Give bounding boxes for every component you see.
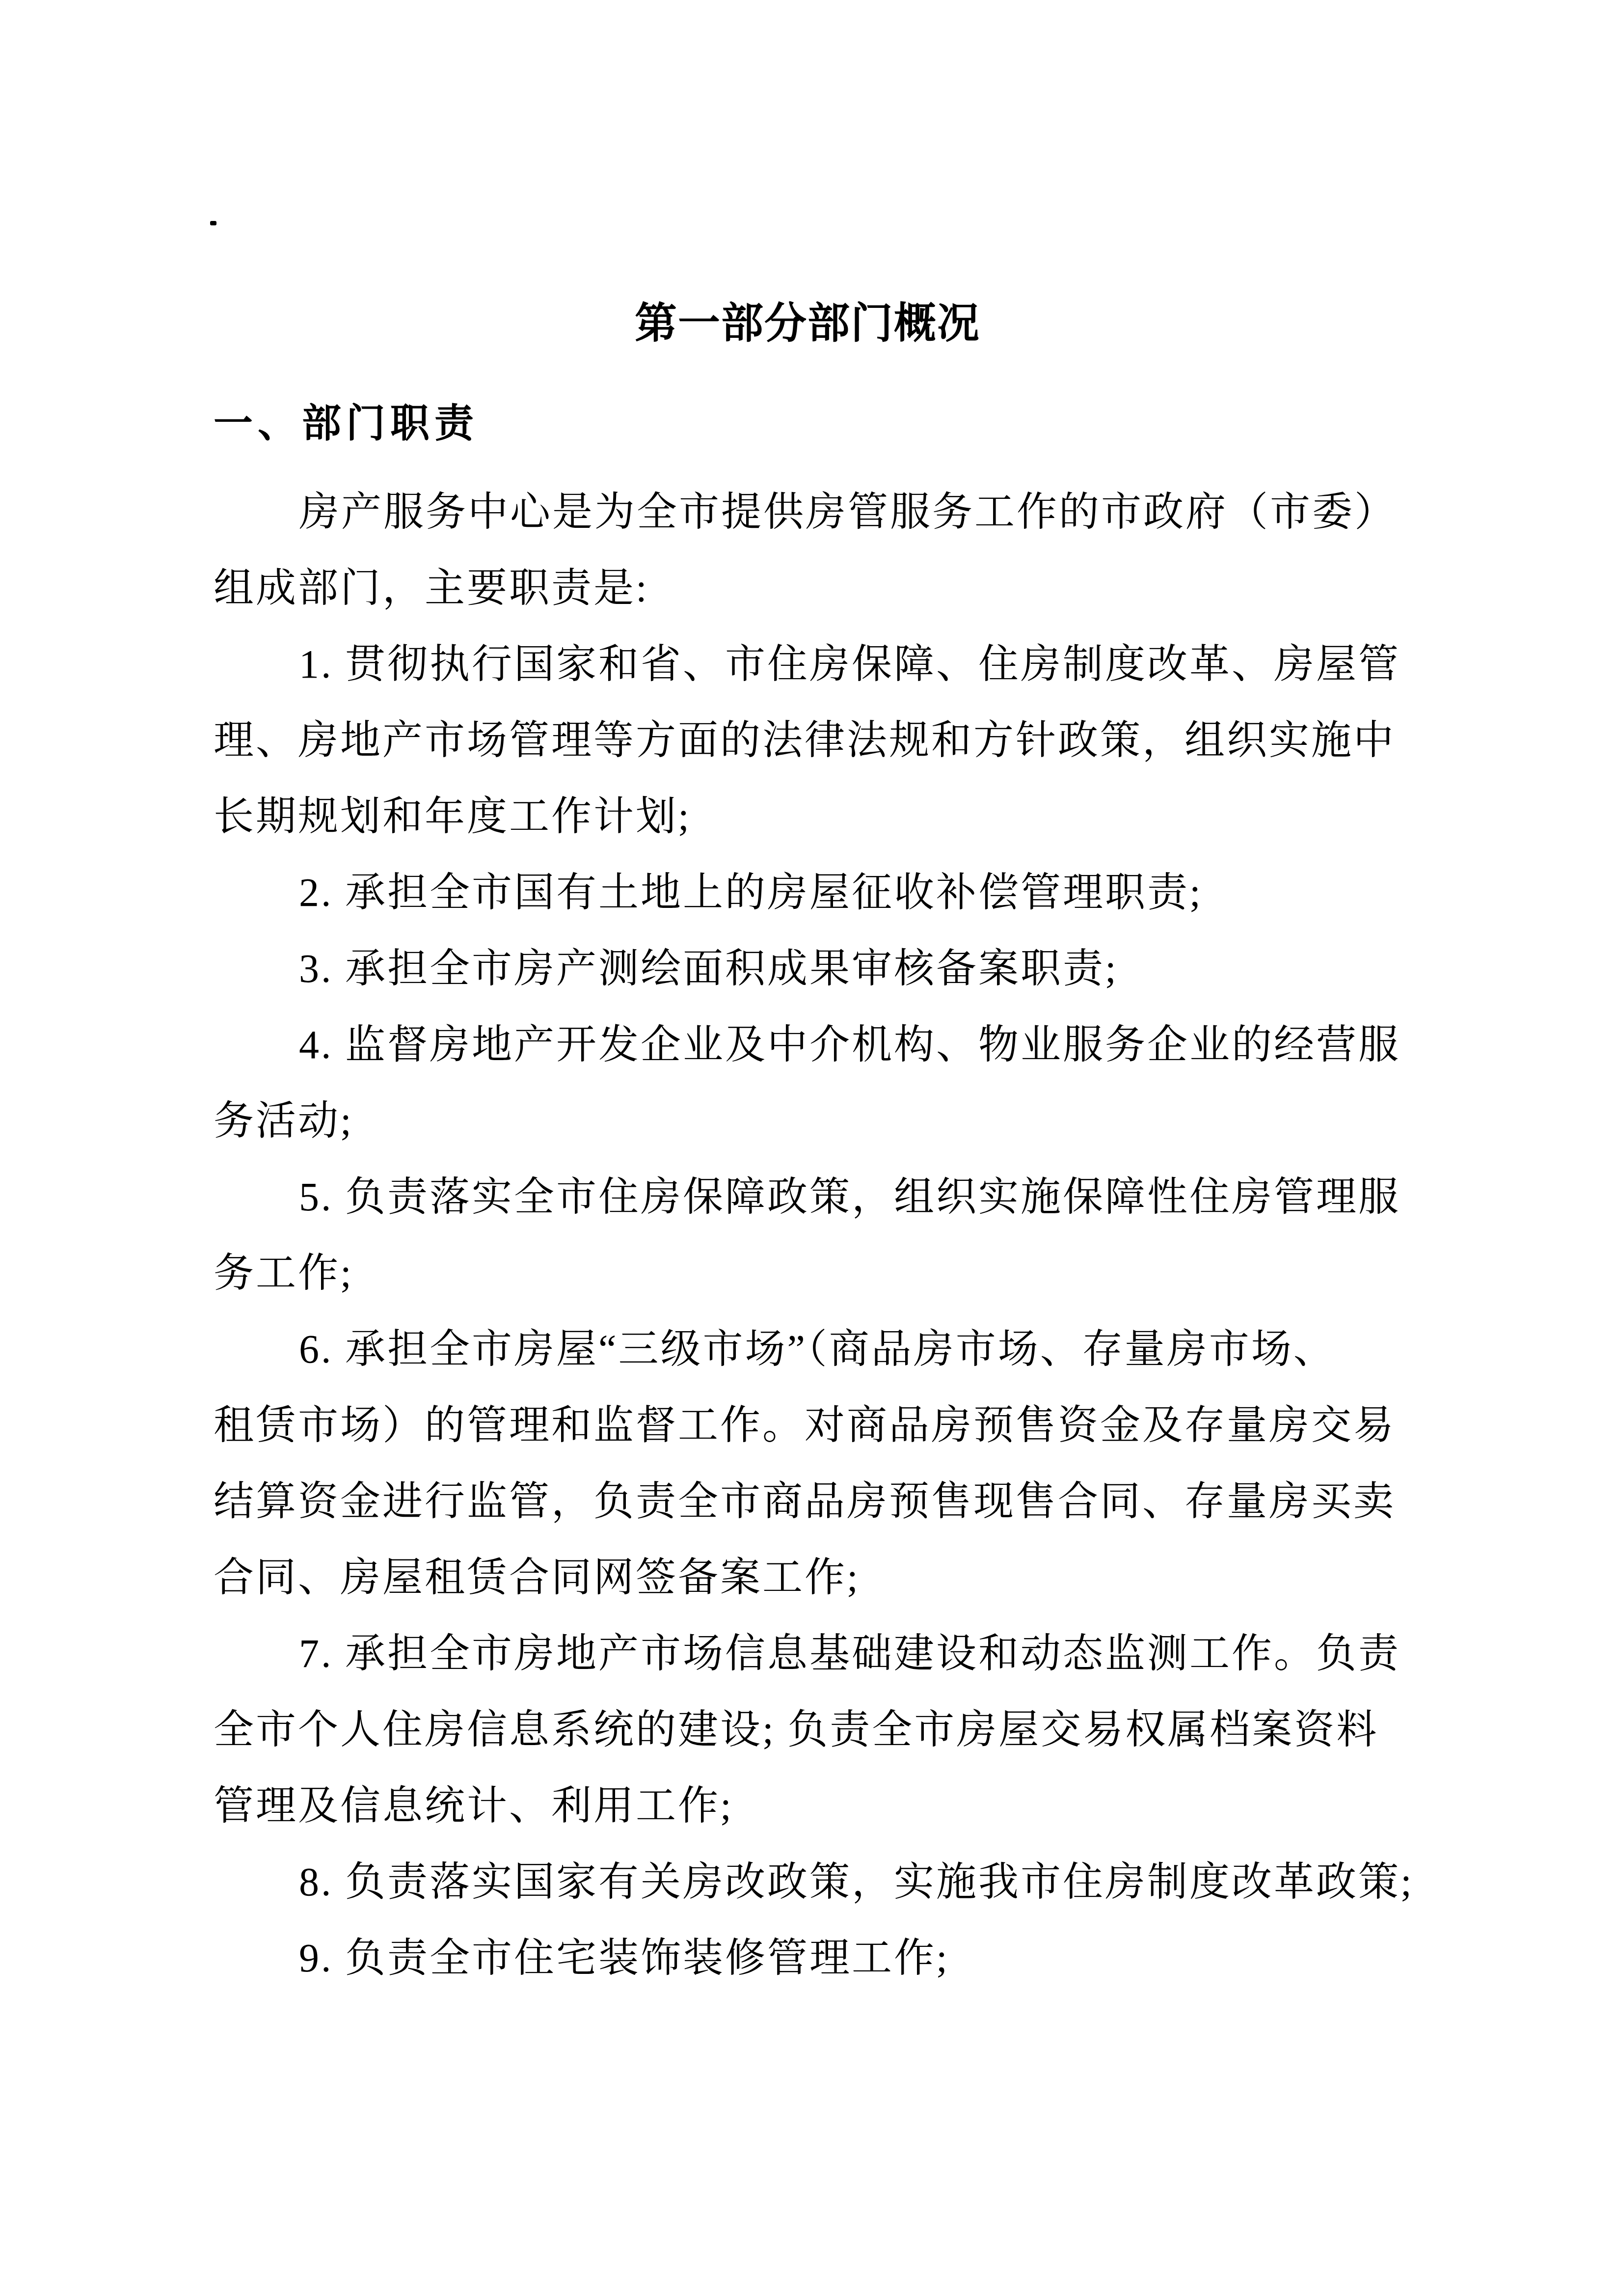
text-line: 租赁市场）的管理和监督工作。对商品房预售资金及存量房交易 xyxy=(214,1403,1396,1448)
text-line: 房产服务中心是为全市提供房管服务工作的市政府（市委） xyxy=(299,490,1397,535)
text-line: 1. 贯彻执行国家和省、市住房保障、住房制度改革、房屋管 xyxy=(299,642,1400,687)
text-line: 5. 负责落实全市住房保障政策，组织实施保障性住房管理服 xyxy=(299,1175,1400,1220)
text-line: 合同、房屋租赁合同网签备案工作; xyxy=(214,1555,860,1600)
text-line: 组成部门，主要职责是: xyxy=(214,566,649,611)
page-title: 第一部分部门概况 xyxy=(0,301,1615,347)
text-line: 7. 承担全市房地产市场信息基础建设和动态监测工作。负责 xyxy=(299,1631,1400,1676)
text-line: 长期规划和年度工作计划; xyxy=(214,794,691,839)
text-line: 全市个人住房信息系统的建设; 负责全市房屋交易权属档案资料 xyxy=(214,1707,1378,1752)
ink-speck xyxy=(210,221,216,225)
text-line: 务活动; xyxy=(214,1098,353,1144)
text-line: 理、房地产市场管理等方面的法律法规和方针政策，组织实施中 xyxy=(214,718,1396,763)
text-line: 9. 负责全市住宅装饰装修管理工作; xyxy=(299,1936,949,1981)
section-heading: 一、部门职责 xyxy=(214,402,479,445)
text-line: 4. 监督房地产开发企业及中介机构、物业服务企业的经营服 xyxy=(299,1022,1400,1067)
text-line: 结算资金进行监管，负责全市商品房预售现售合同、存量房买卖 xyxy=(214,1479,1396,1524)
text-line: 8. 负责落实国家有关房改政策，实施我市住房制度改革政策; xyxy=(299,1859,1414,1905)
text-line: 务工作; xyxy=(214,1251,353,1296)
document-page: 第一部分部门概况 一、部门职责 房产服务中心是为全市提供房管服务工作的市政府（市… xyxy=(0,0,1615,2296)
text-line: 2. 承担全市国有土地上的房屋征收补偿管理职责; xyxy=(299,870,1203,915)
text-line: 3. 承担全市房产测绘面积成果审核备案职责; xyxy=(299,946,1118,991)
text-line: 管理及信息统计、利用工作; xyxy=(214,1783,733,1829)
text-line: 6. 承担全市房屋“三级市场”（商品房市场、存量房市场、 xyxy=(299,1327,1336,1372)
